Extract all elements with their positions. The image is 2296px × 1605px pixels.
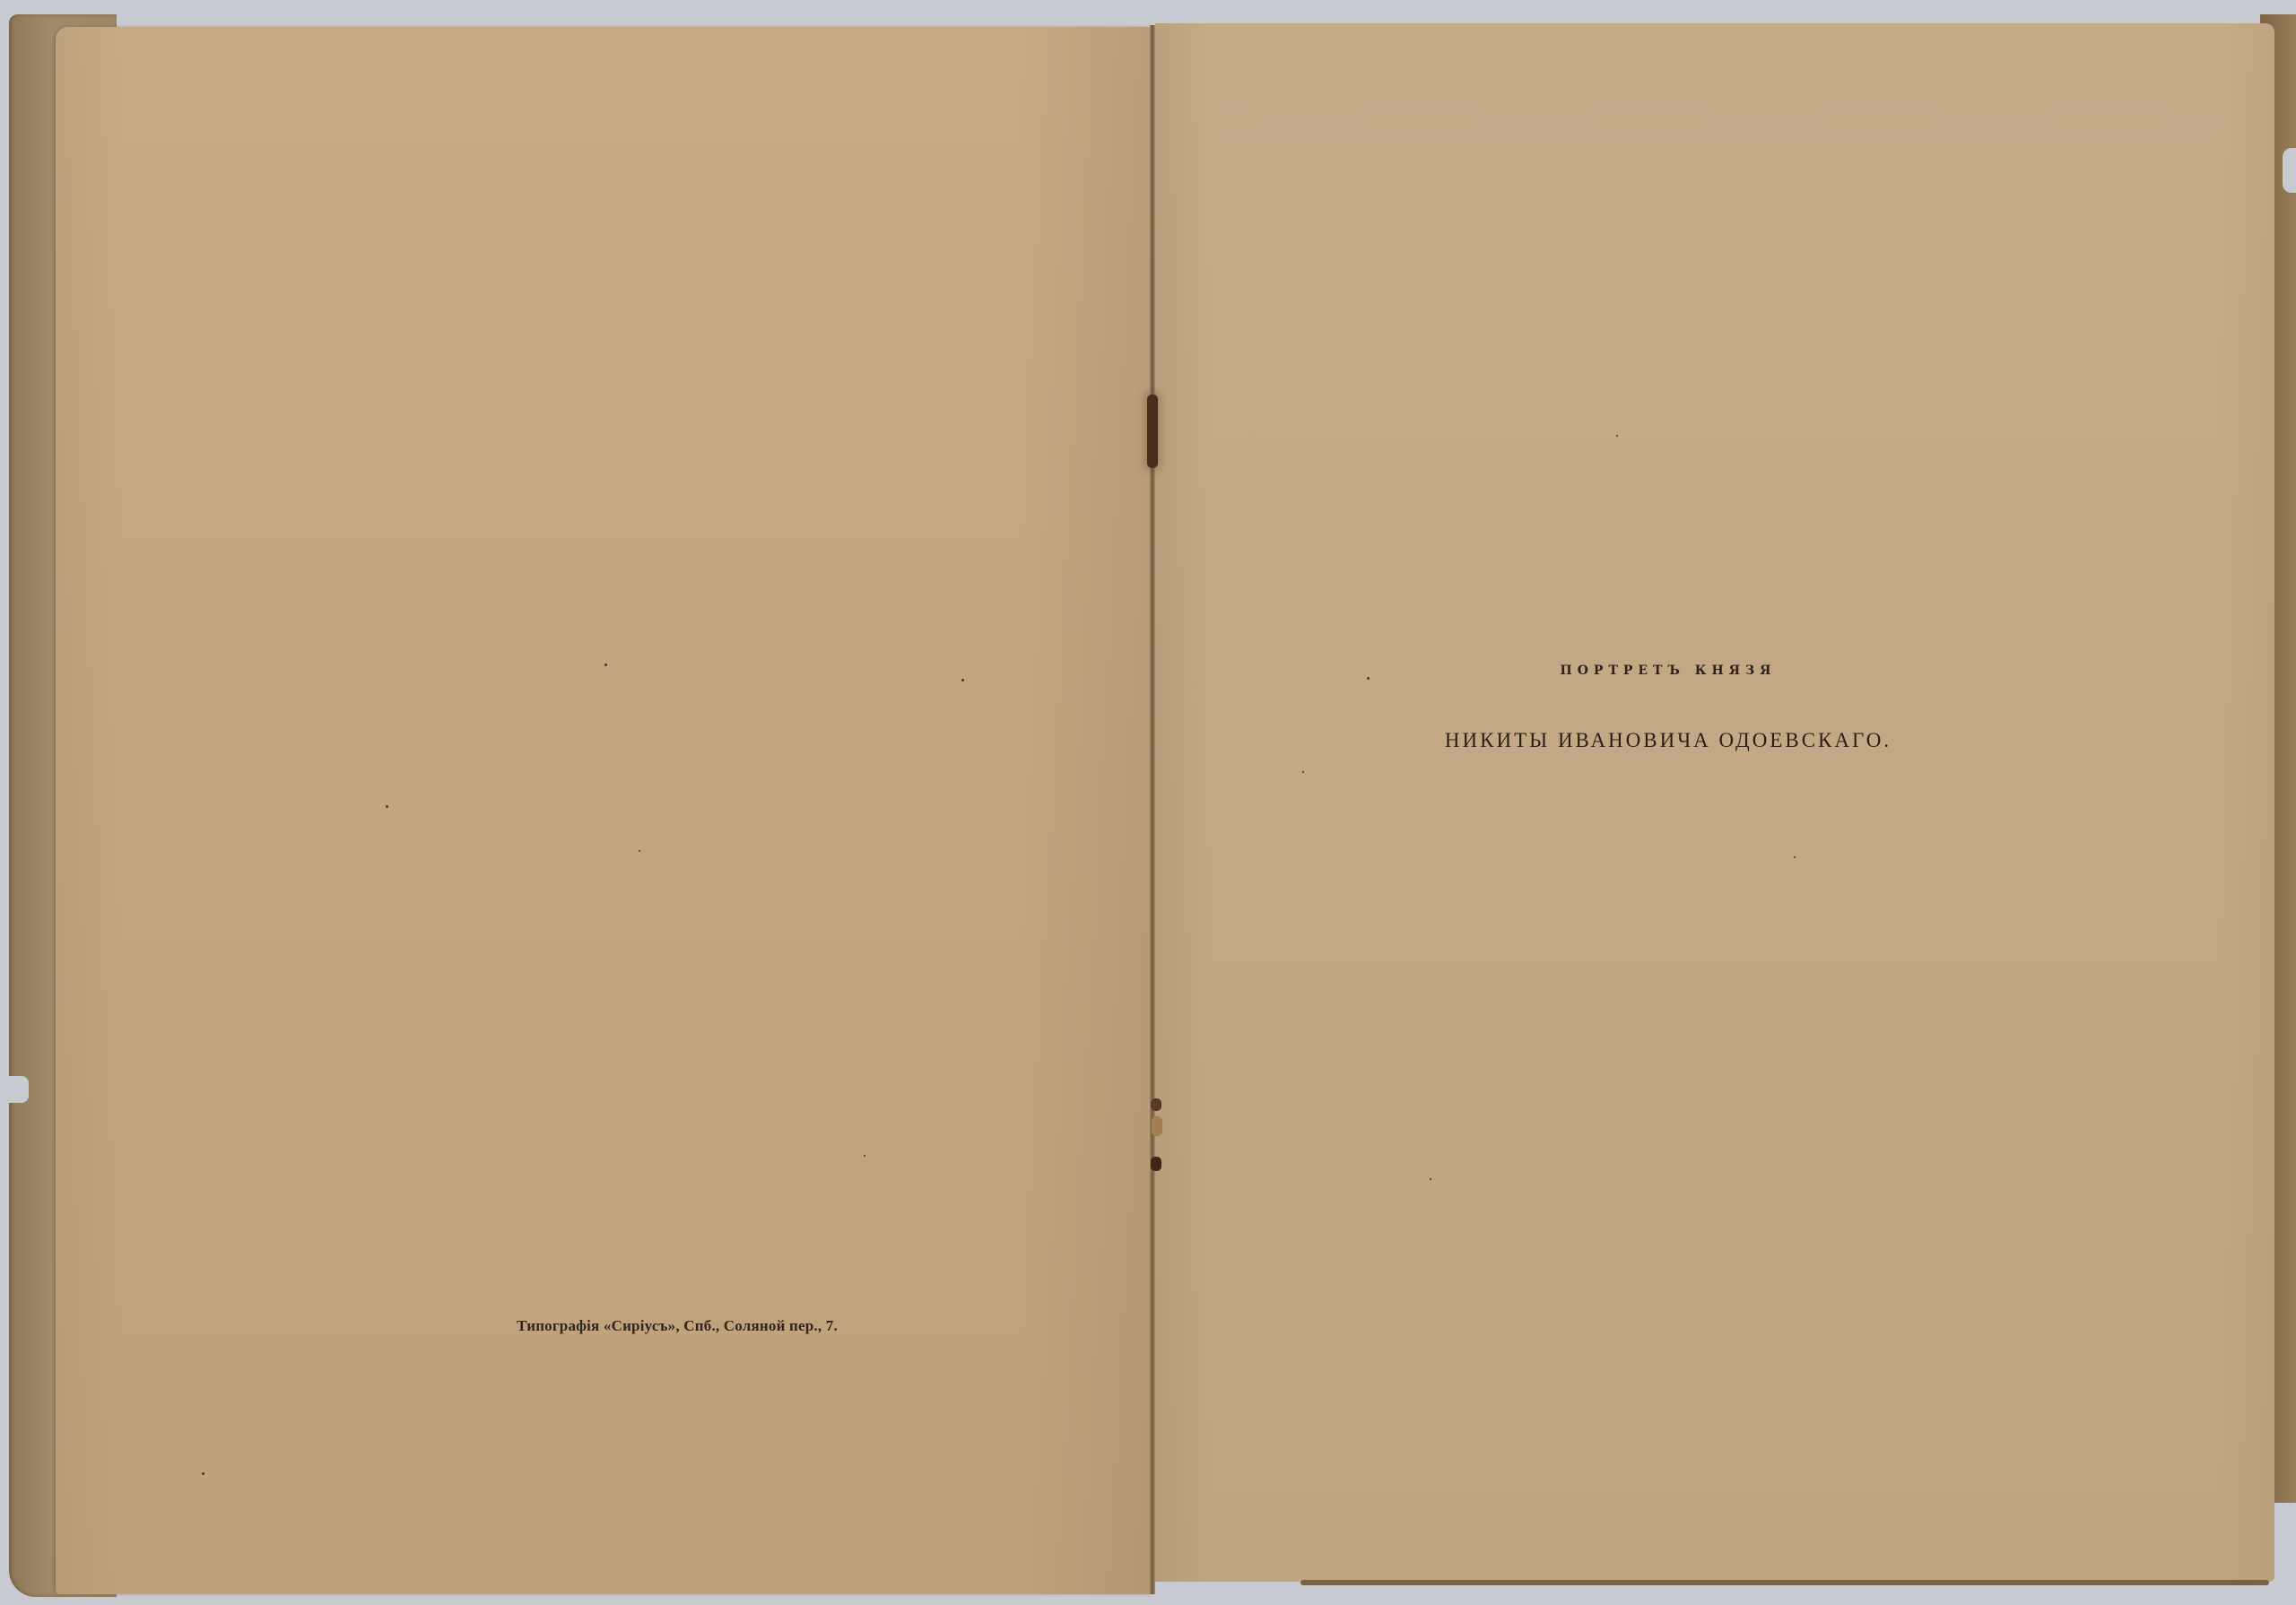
paper-speck bbox=[1616, 435, 1618, 437]
paper-speck bbox=[639, 850, 640, 852]
paper-speck bbox=[202, 1472, 204, 1475]
portrait-heading: ПОРТРЕТЪ КНЯЗЯ bbox=[1489, 664, 1848, 678]
left-cover-tear bbox=[9, 1076, 29, 1103]
book-scan: ПОРТРЕТЪ КНЯЗЯ НИКИТЫ ИВАНОВИЧА ОДОЕВСКА… bbox=[0, 0, 2296, 1605]
paper-speck bbox=[864, 1155, 865, 1157]
right-page bbox=[1155, 23, 2274, 1582]
paper-speck bbox=[604, 664, 607, 666]
binding-thread-bottom-2 bbox=[1152, 1116, 1162, 1136]
paper-speck bbox=[1430, 1178, 1431, 1180]
paper-speck bbox=[1302, 771, 1304, 773]
portrait-title: НИКИТЫ ИВАНОВИЧА ОДОЕВСКАГО. bbox=[1381, 729, 1955, 752]
right-cover-tear bbox=[2283, 148, 2296, 193]
binding-thread-bottom-3 bbox=[1151, 1157, 1161, 1171]
right-page-bottom-edge bbox=[1300, 1580, 2269, 1585]
binding-thread-bottom-1 bbox=[1151, 1098, 1161, 1111]
printer-imprint: Типографія «Сиріусъ», Спб., Соляной пер.… bbox=[466, 1317, 888, 1335]
paper-speck bbox=[1367, 677, 1370, 680]
paper-speck bbox=[386, 805, 388, 808]
binding-thread-top bbox=[1147, 395, 1158, 468]
paper-speck bbox=[961, 679, 964, 681]
paper-speck bbox=[1794, 856, 1796, 858]
book-gutter bbox=[1150, 25, 1155, 1594]
left-page bbox=[56, 27, 1152, 1594]
